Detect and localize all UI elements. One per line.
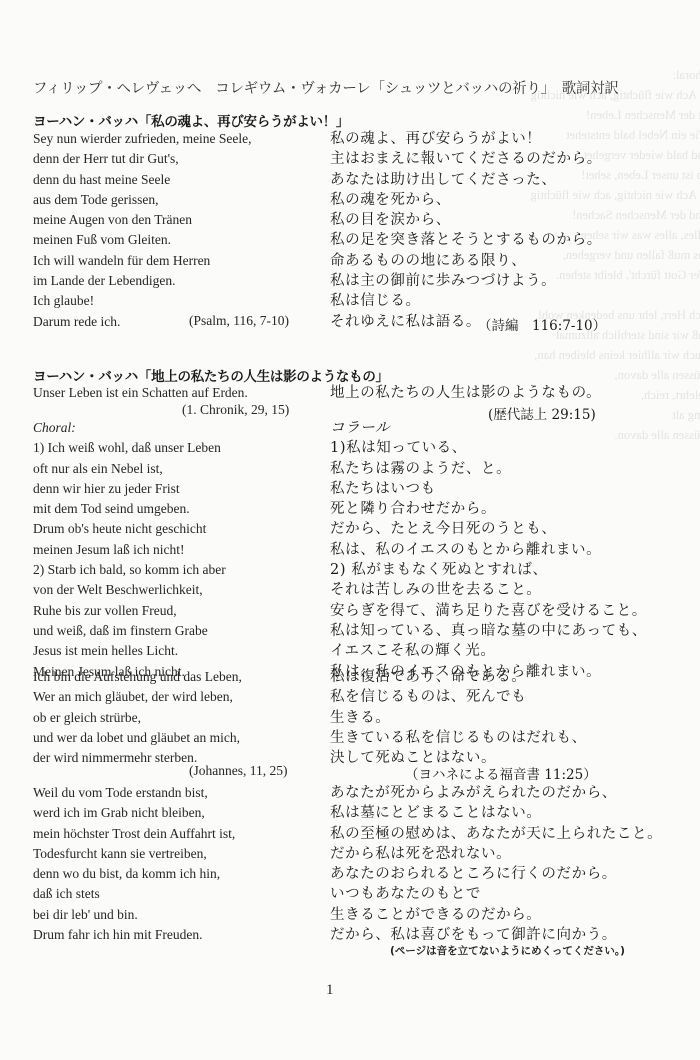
- lyric-line: meine Augen von den Tränen: [33, 210, 252, 230]
- lyric-line: Drum ob's heute nicht geschicht: [33, 519, 226, 539]
- lyric-line: denn der Herr tut dir Gut's,: [33, 149, 252, 169]
- lyric-line: いつもあなたのもとで: [330, 884, 662, 904]
- lyric-line: あなたのおられるところに行くのだから。: [330, 864, 662, 884]
- lyric-line: 主はおまえに報いてくださるのだから。: [330, 149, 602, 169]
- lyric-line: それは苦しみの世を去ること。: [330, 580, 647, 600]
- page-number: 1: [326, 982, 334, 999]
- lyric-line: daß ich stets: [33, 884, 235, 904]
- section-title: ヨーハン・バッハ「地上の私たちの人生は影のようなもの」: [33, 365, 389, 385]
- japanese-choral-block: コラール 1)私は知っている、 私たちは霧のようだ、と。 私たちはいつも 死と隣…: [330, 418, 647, 682]
- lyric-line: だから私は死を恐れない。: [330, 844, 662, 864]
- lyric-line: Ich will wandeln für dem Herren: [33, 251, 252, 271]
- lyric-line: und wer da lobet und gläubet an mich,: [33, 728, 242, 748]
- lyric-line: Drum fahr ich hin mit Freuden.: [33, 925, 235, 945]
- lyric-line: 私は知っている、真っ暗な墓の中にあっても、: [330, 621, 647, 641]
- japanese-final-block: あなたが死からよみがえられたのだから、 私は墓にとどまることはない。 私の至極の…: [330, 783, 662, 945]
- lyric-line: 私の至極の慰めは、あなたが天に上られたこと。: [330, 824, 662, 844]
- lyric-line: denn wo du bist, da komm ich hin,: [33, 864, 235, 884]
- lyric-line: 2) 私がまもなく死ぬとすれば、: [330, 560, 647, 580]
- lyric-line: werd ich im Grab nicht bleiben,: [33, 803, 235, 823]
- lyric-line: oft nur als ein Nebel ist,: [33, 459, 226, 479]
- document-page: Choral: 1) Ach wie flüchtig, ach wie nic…: [0, 0, 700, 1060]
- scripture-reference: (1. Chronik, 29, 15): [182, 402, 289, 418]
- japanese-lyrics-block: 私の魂よ、再び安らうがよい！ 主はおまえに報いてくださるのだから。 あなたは助け…: [330, 129, 602, 332]
- lyric-line: 私の目を涙から、: [330, 210, 602, 230]
- lyric-line: meinen Fuß vom Gleiten.: [33, 230, 252, 250]
- german-choral-block: Choral: 1) Ich weiß wohl, daß unser Lebe…: [33, 418, 226, 682]
- lyric-line: あなたは助け出してくださった、: [330, 170, 602, 190]
- lyric-line: 私は、私のイエスのもとから離れまい。: [330, 540, 647, 560]
- lyric-line: bei dir leb' und bin.: [33, 905, 235, 925]
- german-lyrics-block: Unser Leben ist ein Schatten auf Erden.: [33, 383, 248, 403]
- german-final-block: Weil du vom Tode erstandn bist, werd ich…: [33, 783, 235, 945]
- lyric-line: Wer an mich gläubet, der wird leben,: [33, 687, 242, 707]
- japanese-lyrics-block: 地上の私たちの人生は影のようなもの。: [330, 383, 601, 403]
- lyric-line: 私たちはいつも: [330, 479, 647, 499]
- lyric-line: Unser Leben ist ein Schatten auf Erden.: [33, 383, 248, 403]
- lyric-line: 私の足を突き落とそうとするものから。: [330, 230, 602, 250]
- german-verse-block: Ich bin die Aufstehung und das Leben, We…: [33, 667, 242, 768]
- lyric-line: denn du hast meine Seele: [33, 170, 252, 190]
- page-turn-note: (ページは音を立てないようにめくってください。): [390, 943, 625, 958]
- lyric-line: ob er gleich strürbe,: [33, 708, 242, 728]
- section-title: ヨーハン・バッハ「私の魂よ、再び安らうがよい！」: [33, 110, 349, 130]
- lyric-line: denn wir hier zu jeder Frist: [33, 479, 226, 499]
- page-header-title: フィリップ・ヘレヴェッへ コレギウム・ヴォカーレ「シュッツとバッハの祈り」 歌詞…: [33, 77, 619, 98]
- japanese-verse-block: 私は復活であり、命である。 私を信じるものは、死んでも 生きる。 生きている私を…: [330, 667, 587, 768]
- lyric-line: あなたが死からよみがえられたのだから、: [330, 783, 662, 803]
- lyric-line: Sey nun wierder zufrieden, meine Seele,: [33, 129, 252, 149]
- lyric-line: 私は復活であり、命である。: [330, 667, 587, 687]
- lyric-line: 安らぎを得て、満ち足りた喜びを受けること。: [330, 601, 647, 621]
- lyric-line: 私たちは霧のようだ、と。: [330, 459, 647, 479]
- lyric-line: Weil du vom Tode erstandn bist,: [33, 783, 235, 803]
- german-lyrics-block: Sey nun wierder zufrieden, meine Seele, …: [33, 129, 252, 332]
- scripture-reference-ja: （ヨハネによる福音書 11:25）: [405, 763, 597, 783]
- lyric-line: 2) Starb ich bald, so komm ich aber: [33, 560, 226, 580]
- lyric-line: 1) Ich weiß wohl, daß unser Leben: [33, 438, 226, 458]
- lyric-line: Ruhe bis zur vollen Freud,: [33, 601, 226, 621]
- choral-label: Choral:: [33, 418, 226, 438]
- lyric-line: Todesfurcht kann sie vertreiben,: [33, 844, 235, 864]
- scripture-reference: (Psalm, 116, 7-10): [189, 313, 289, 329]
- lyric-line: mein höchster Trost dein Auffahrt ist,: [33, 824, 235, 844]
- lyric-line: Ich bin die Aufstehung und das Leben,: [33, 667, 242, 687]
- lyric-line: Ich glaube!: [33, 291, 252, 311]
- lyric-line: 生きることができるのだから。: [330, 905, 662, 925]
- lyric-line: Jesus ist mein helles Licht.: [33, 641, 226, 661]
- lyric-line: 私を信じるものは、死んでも: [330, 687, 587, 707]
- scripture-reference: (Johannes, 11, 25): [189, 763, 287, 779]
- lyric-line: だから、たとえ今日死のうとも、: [330, 519, 647, 539]
- lyric-line: meinen Jesum laß ich nicht!: [33, 540, 226, 560]
- lyric-line: 私の魂よ、再び安らうがよい！: [330, 129, 602, 149]
- lyric-line: 死と隣り合わせだから。: [330, 499, 647, 519]
- lyric-line: mit dem Tod seind umgeben.: [33, 499, 226, 519]
- lyric-line: 私は信じる。: [330, 291, 602, 311]
- lyric-line: イエスこそ私の輝く光。: [330, 641, 647, 661]
- lyric-line: im Lande der Lebendigen.: [33, 271, 252, 291]
- lyric-line: 生きている私を信じるものはだれも、: [330, 728, 587, 748]
- lyric-line: und weiß, daß im finstern Grabe: [33, 621, 226, 641]
- lyric-line: 私の魂を死から、: [330, 190, 602, 210]
- lyric-line: 命あるものの地にある限り、: [330, 251, 602, 271]
- scripture-reference-ja: （詩編 116:7-10）: [478, 314, 606, 334]
- lyric-line: von der Welt Beschwerlichkeit,: [33, 580, 226, 600]
- lyric-line: 地上の私たちの人生は影のようなもの。: [330, 383, 601, 403]
- lyric-line: 私は主の御前に歩みつづけよう。: [330, 271, 602, 291]
- lyric-line: 1)私は知っている、: [330, 438, 647, 458]
- lyric-line: aus dem Tode gerissen,: [33, 190, 252, 210]
- choral-label: コラール: [330, 418, 647, 438]
- lyric-line: 私は墓にとどまることはない。: [330, 803, 662, 823]
- lyric-line: 生きる。: [330, 708, 587, 728]
